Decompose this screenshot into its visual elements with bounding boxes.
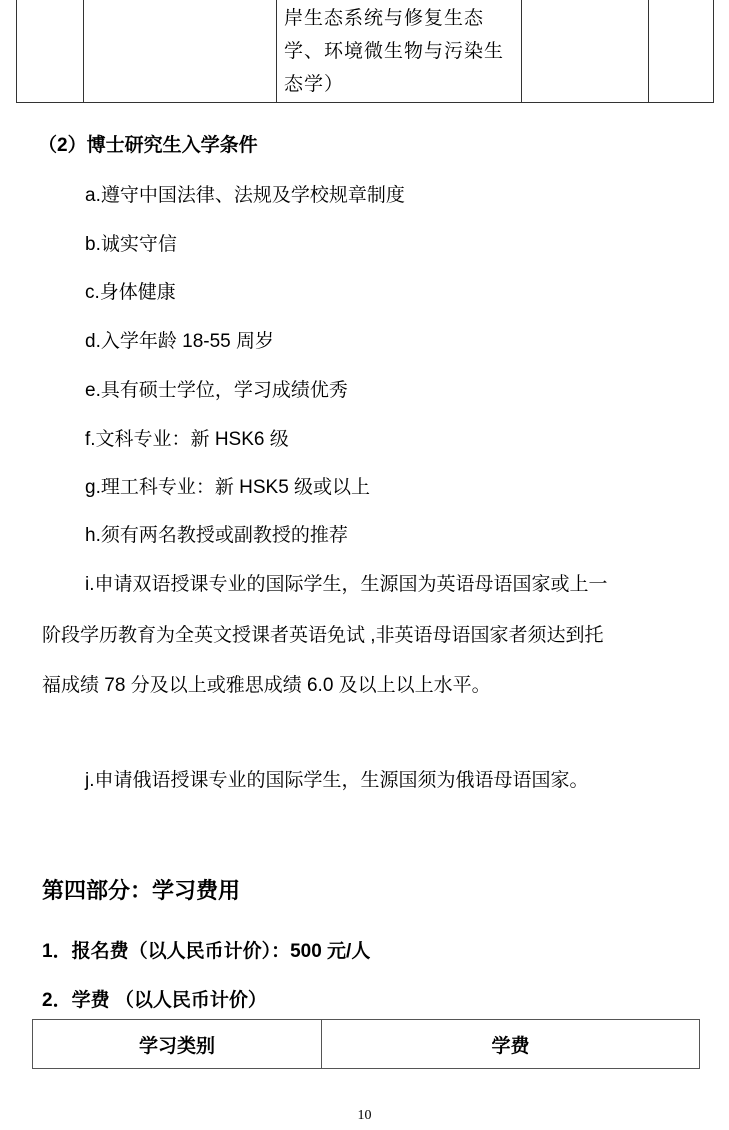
- part4-heading: 第四部分：学习费用: [42, 874, 240, 905]
- requirement-item-g: g.理工科专业：新 HSK5 级或以上: [85, 472, 370, 499]
- tuition-table-header-category: 学习类别: [33, 1020, 322, 1069]
- table-cell-empty-2: [84, 0, 277, 103]
- registration-fee: 1．报名费（以人民币计价）：500 元/人: [42, 936, 370, 963]
- program-table-fragment: 岸生态系统与修复生态 学、环境微生物与污染生 态学）: [16, 0, 714, 103]
- requirement-item-i-line3: 福成绩 78 分及以上或雅思成绩 6.0 及以上以上水平。: [42, 670, 491, 697]
- table-cell-empty-4: [649, 0, 714, 103]
- requirement-item-a: a.遵守中国法律、法规及学校规章制度: [85, 180, 405, 207]
- table-cell-empty-3: [522, 0, 649, 103]
- requirement-item-e: e.具有硕士学位，学习成绩优秀: [85, 375, 348, 402]
- requirement-item-d: d.入学年龄 18-55 周岁: [85, 326, 274, 353]
- requirement-item-c: c.身体健康: [85, 277, 176, 304]
- requirement-item-i-line1: i.申请双语授课专业的国际学生，生源国为英语母语国家或上一: [85, 569, 608, 596]
- table-cell-empty-1: [17, 0, 84, 103]
- requirement-item-h: h.须有两名教授或副教授的推荐: [85, 520, 348, 547]
- requirement-item-i-line2: 阶段学历教育为全英文授课者英语免试 ,非英语母语国家者须达到托: [42, 620, 604, 647]
- cell-line: 学、环境微生物与污染生: [284, 35, 515, 68]
- phd-requirements-heading: （2）博士研究生入学条件: [38, 130, 258, 157]
- tuition-table-header-fee: 学费: [322, 1020, 700, 1069]
- page-number: 10: [0, 1108, 729, 1124]
- requirement-item-b: b.诚实守信: [85, 229, 177, 256]
- cell-line: 态学）: [284, 68, 515, 101]
- tuition-heading: 2．学费 （以人民币计价）: [42, 985, 267, 1012]
- table-cell-research-directions: 岸生态系统与修复生态 学、环境微生物与污染生 态学）: [277, 0, 522, 103]
- cell-line: 岸生态系统与修复生态: [284, 2, 515, 35]
- tuition-table: 学习类别 学费: [32, 1019, 700, 1069]
- requirement-item-f: f.文科专业：新 HSK6 级: [85, 424, 289, 451]
- requirement-item-j: j.申请俄语授课专业的国际学生，生源国须为俄语母语国家。: [85, 765, 589, 792]
